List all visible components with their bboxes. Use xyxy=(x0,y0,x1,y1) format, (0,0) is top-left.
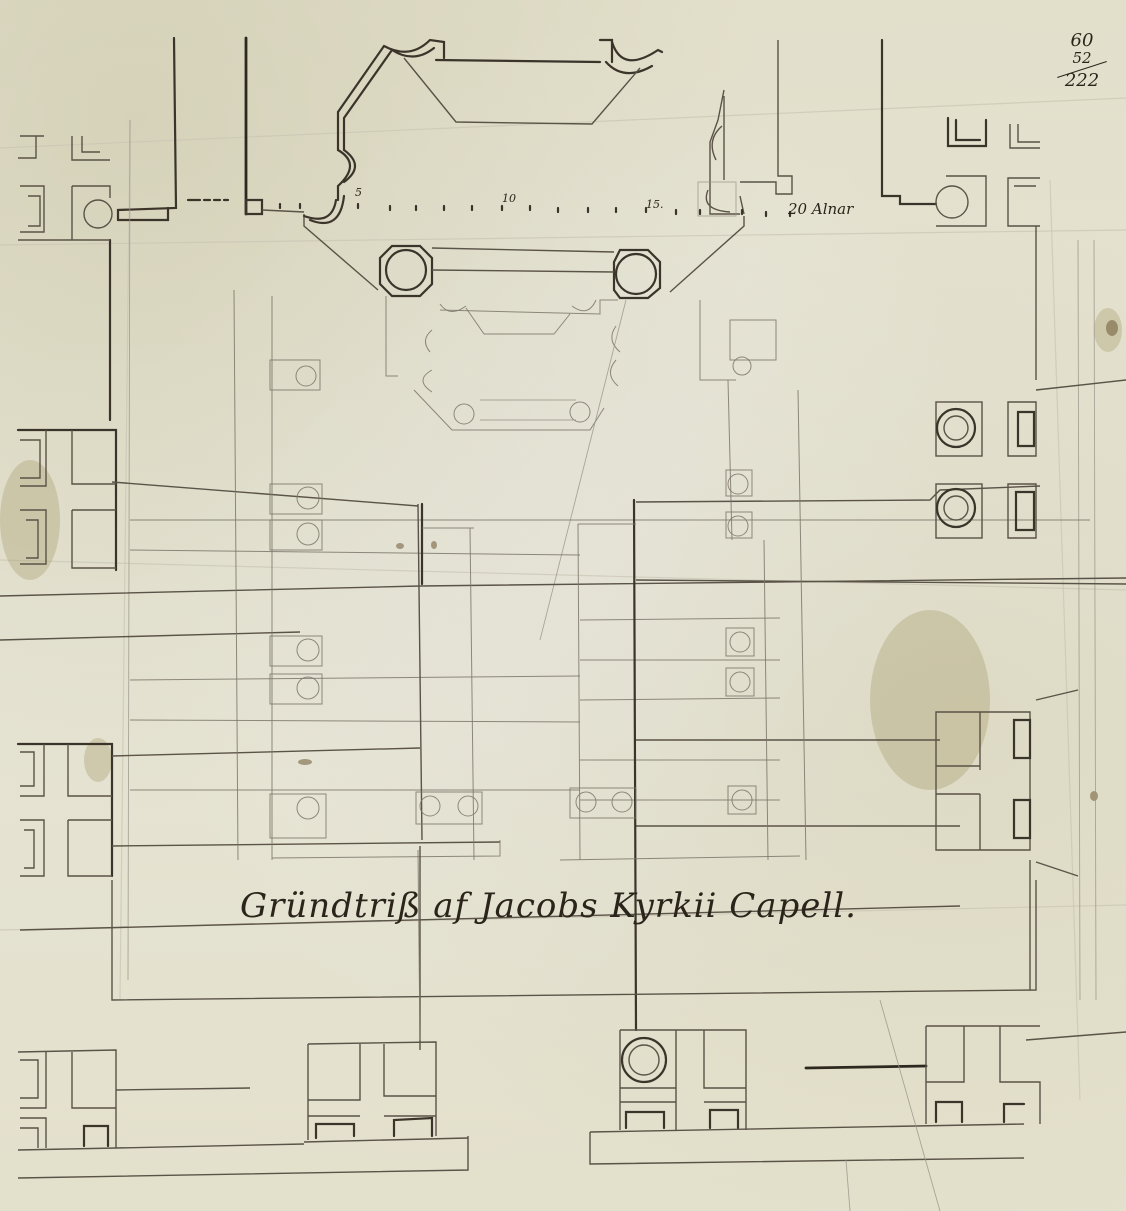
catalog-mark-bottom: 222 xyxy=(1052,72,1112,91)
drawing-sheet: 5 10 15. 20 Alnar 60 52 222 Gründtriß af… xyxy=(0,0,1126,1211)
inner-choir xyxy=(386,296,626,640)
floor-plan-drawing xyxy=(0,0,1126,1211)
plan-title-inscription: Gründtriß af Jacobs Kyrkii Capell. xyxy=(240,886,857,926)
catalog-mark: 60 52 222 xyxy=(1052,32,1112,91)
scale-label-10: 10 xyxy=(502,192,516,205)
bottom-right-piers xyxy=(590,1000,1126,1211)
scale-label-15: 15. xyxy=(646,198,664,211)
catalog-mark-middle: 52 xyxy=(1052,51,1112,67)
apse xyxy=(246,38,792,292)
apse-columns xyxy=(380,246,660,298)
scale-label-5: 5 xyxy=(355,186,362,199)
scale-bar xyxy=(188,200,790,216)
scale-unit-label: 20 Alnar xyxy=(788,200,853,218)
left-nave-block xyxy=(234,290,500,1050)
lower-nave-lines xyxy=(112,850,1036,1040)
paper-folds xyxy=(0,98,1126,1100)
bottom-left-piers xyxy=(18,1042,468,1178)
